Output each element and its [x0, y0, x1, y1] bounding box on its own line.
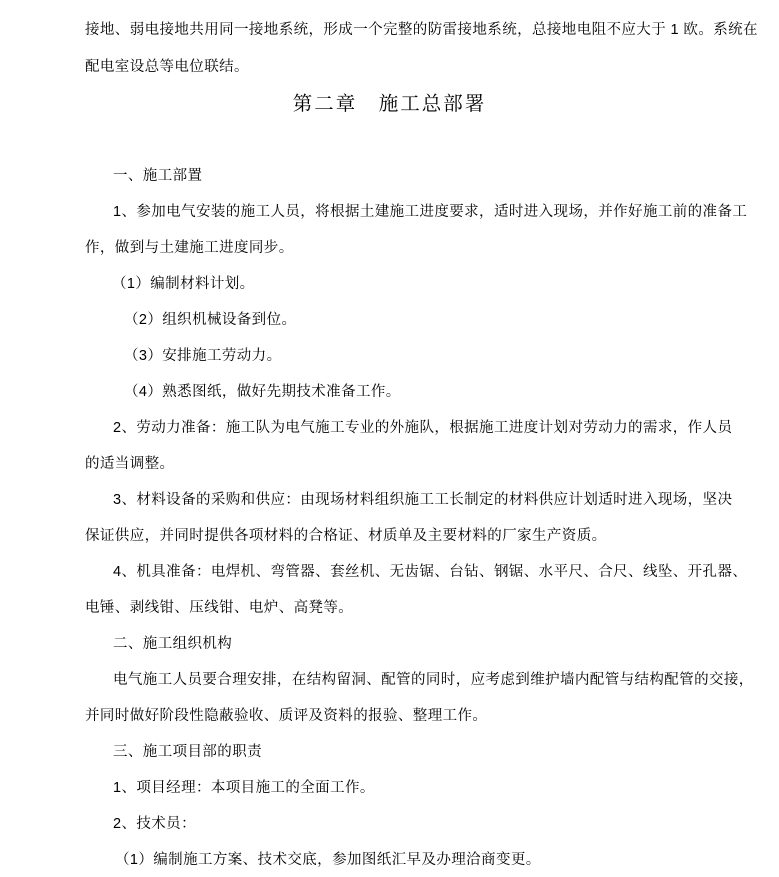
para-3-line1: 3、材料设备的采购和供应：由现场材料组织施工工长制定的材料供应计划适时进入现场，… — [113, 492, 732, 508]
para-5-line1: 电气施工人员要合理安排，在结构留洞、配管的同时，应考虑到维护墙内配管与结构配管的… — [113, 672, 754, 688]
para-1-line1: 1、参加电气安装的施工人员，将根据土建施工进度要求，适时进入现场，并作好施工前的… — [113, 204, 747, 220]
para-6-line1: 1、项目经理：本项目施工的全面工作。 — [113, 780, 375, 796]
para-5-line2: 并同时做好阶段性隐蔽验收、质评及资料的报验、整理工作。 — [85, 708, 487, 724]
para-2-line2: 的适当调整。 — [85, 456, 174, 472]
list-item-3: （3）安排施工劳动力。 — [124, 348, 281, 364]
chapter-title: 第二章 施工总部署 — [0, 88, 779, 116]
para-3-line2: 保证供应，并同时提供各项材料的合格证、材质单及主要材料的厂家生产资质。 — [85, 528, 607, 544]
para-4-line1: 4、机具准备：电焊机、弯管器、套丝机、无齿锯、台钻、钢锯、水平尺、合尺、线坠、开… — [113, 564, 747, 580]
document-page: 接地、弱电接地共用同一接地系统，形成一个完整的防雷接地系统，总接地电阻不应大于 … — [0, 0, 779, 877]
section-heading-1: 一、施工部置 — [113, 168, 202, 184]
para-1-line2: 作，做到与土建施工进度同步。 — [85, 240, 294, 256]
section-heading-3: 三、施工项目部的职责 — [113, 744, 262, 760]
list-item-2: （2）组织机械设备到位。 — [124, 312, 296, 328]
para-2-line1: 2、劳动力准备：施工队为电气施工专业的外施队，根据施工进度计划对劳动力的需求，作… — [113, 420, 732, 436]
para-grounding-line2: 配电室设总等电位联结。 — [85, 59, 249, 75]
para-grounding-line1: 接地、弱电接地共用同一接地系统，形成一个完整的防雷接地系统，总接地电阻不应大于 … — [85, 22, 758, 38]
list-item-4: （4）熟悉图纸，做好先期技术准备工作。 — [124, 384, 401, 400]
para-4-line2: 电锤、剥线钳、压线钳、电炉、高凳等。 — [85, 600, 353, 616]
list-item-5: （1）编制施工方案、技术交底，参加图纸汇早及办理洽商变更。 — [115, 852, 541, 868]
list-item-1: （1）编制材料计划。 — [112, 276, 255, 292]
section-heading-2: 二、施工组织机构 — [113, 636, 232, 652]
para-7-line1: 2、技术员： — [113, 816, 196, 832]
